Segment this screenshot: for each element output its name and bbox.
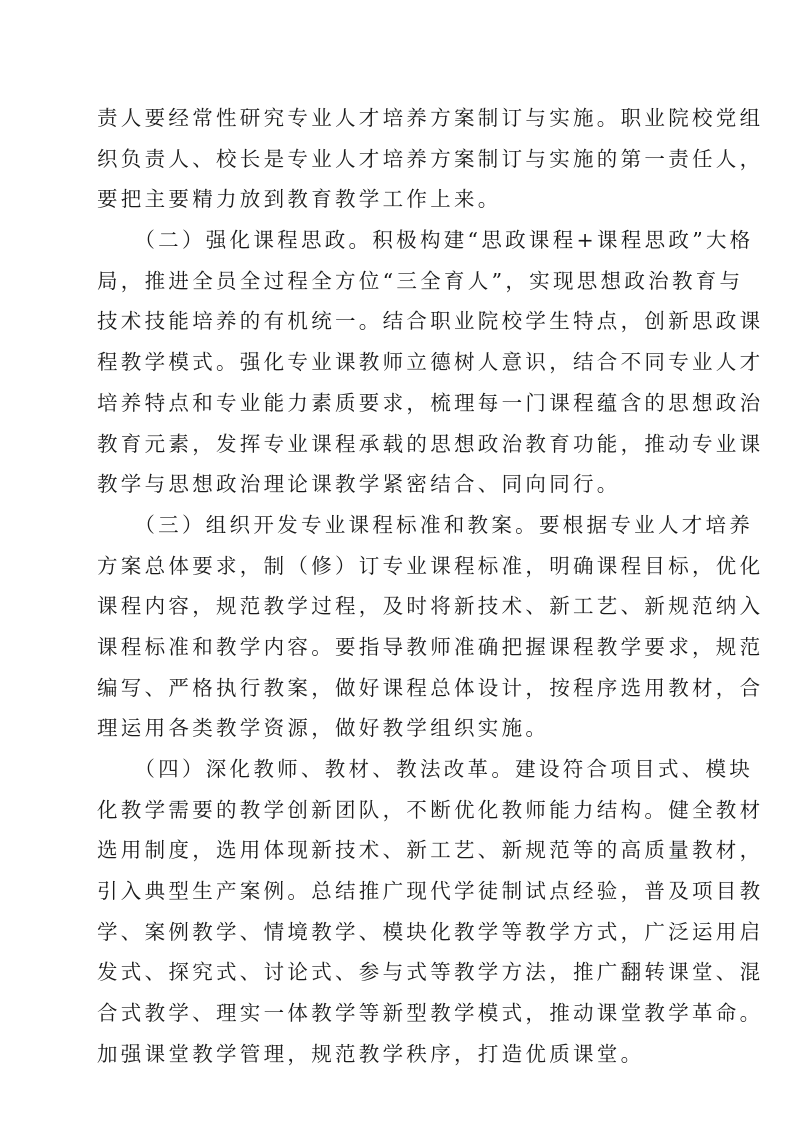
text-line: 化教学需要的教学创新团队，不断优化教师能力结构。健全教材 bbox=[97, 790, 703, 831]
text-line: 培养特点和专业能力素质要求，梳理每一门课程蕴含的思想政治 bbox=[97, 383, 703, 424]
paragraph-course-standards: （三）组织开发专业课程标准和教案。要根据专业人才培养 方案总体要求，制（修）订专… bbox=[97, 505, 703, 749]
text-line: 技术技能培养的有机统一。结合职业院校学生特点，创新思政课 bbox=[97, 301, 703, 342]
text-line: 教学与思想政治理论课教学紧密结合、同向同行。 bbox=[97, 464, 703, 505]
text-line: （三）组织开发专业课程标准和教案。要根据专业人才培养 bbox=[97, 505, 703, 546]
text-line: 编写、严格执行教案，做好课程总体设计，按程序选用教材，合 bbox=[97, 668, 703, 709]
text-line: 要把主要精力放到教育教学工作上来。 bbox=[97, 179, 703, 220]
text-line: 局，推进全员全过程全方位“三全育人”，实现思想政治教育与 bbox=[97, 261, 703, 302]
paragraph-teaching-reform: （四）深化教师、教材、教法改革。建设符合项目式、模块 化教学需要的教学创新团队，… bbox=[97, 749, 703, 1075]
text-line: 学、案例教学、情境教学、模块化教学等教学方式，广泛运用启 bbox=[97, 912, 703, 953]
paragraph-continuation: 责人要经常性研究专业人才培养方案制订与实施。职业院校党组 织负责人、校长是专业人… bbox=[97, 98, 703, 220]
text-line: 责人要经常性研究专业人才培养方案制订与实施。职业院校党组 bbox=[97, 98, 703, 139]
paragraph-course-ideology: （二）强化课程思政。积极构建“思政课程+课程思政”大格 局，推进全员全过程全方位… bbox=[97, 220, 703, 505]
text-line: 引入典型生产案例。总结推广现代学徒制试点经验，普及项目教 bbox=[97, 871, 703, 912]
text-line: 合式教学、理实一体教学等新型教学模式，推动课堂教学革命。 bbox=[97, 993, 703, 1034]
text-line: 课程内容，规范教学过程，及时将新技术、新工艺、新规范纳入 bbox=[97, 586, 703, 627]
text-line: （四）深化教师、教材、教法改革。建设符合项目式、模块 bbox=[97, 749, 703, 790]
text-line: 加强课堂教学管理，规范教学秩序，打造优质课堂。 bbox=[97, 1034, 703, 1075]
text-line: （二）强化课程思政。积极构建“思政课程+课程思政”大格 bbox=[97, 220, 703, 261]
text-line: 理运用各类教学资源，做好教学组织实施。 bbox=[97, 708, 703, 749]
text-line: 教育元素，发挥专业课程承载的思想政治教育功能，推动专业课 bbox=[97, 424, 703, 465]
text-line: 方案总体要求，制（修）订专业课程标准，明确课程目标，优化 bbox=[97, 546, 703, 587]
text-line: 织负责人、校长是专业人才培养方案制订与实施的第一责任人， bbox=[97, 139, 703, 180]
document-page: 责人要经常性研究专业人才培养方案制订与实施。职业院校党组 织负责人、校长是专业人… bbox=[97, 98, 703, 1075]
text-line: 程教学模式。强化专业课教师立德树人意识，结合不同专业人才 bbox=[97, 342, 703, 383]
text-line: 发式、探究式、讨论式、参与式等教学方法，推广翻转课堂、混 bbox=[97, 952, 703, 993]
text-line: 课程标准和教学内容。要指导教师准确把握课程教学要求，规范 bbox=[97, 627, 703, 668]
text-line: 选用制度，选用体现新技术、新工艺、新规范等的高质量教材， bbox=[97, 830, 703, 871]
